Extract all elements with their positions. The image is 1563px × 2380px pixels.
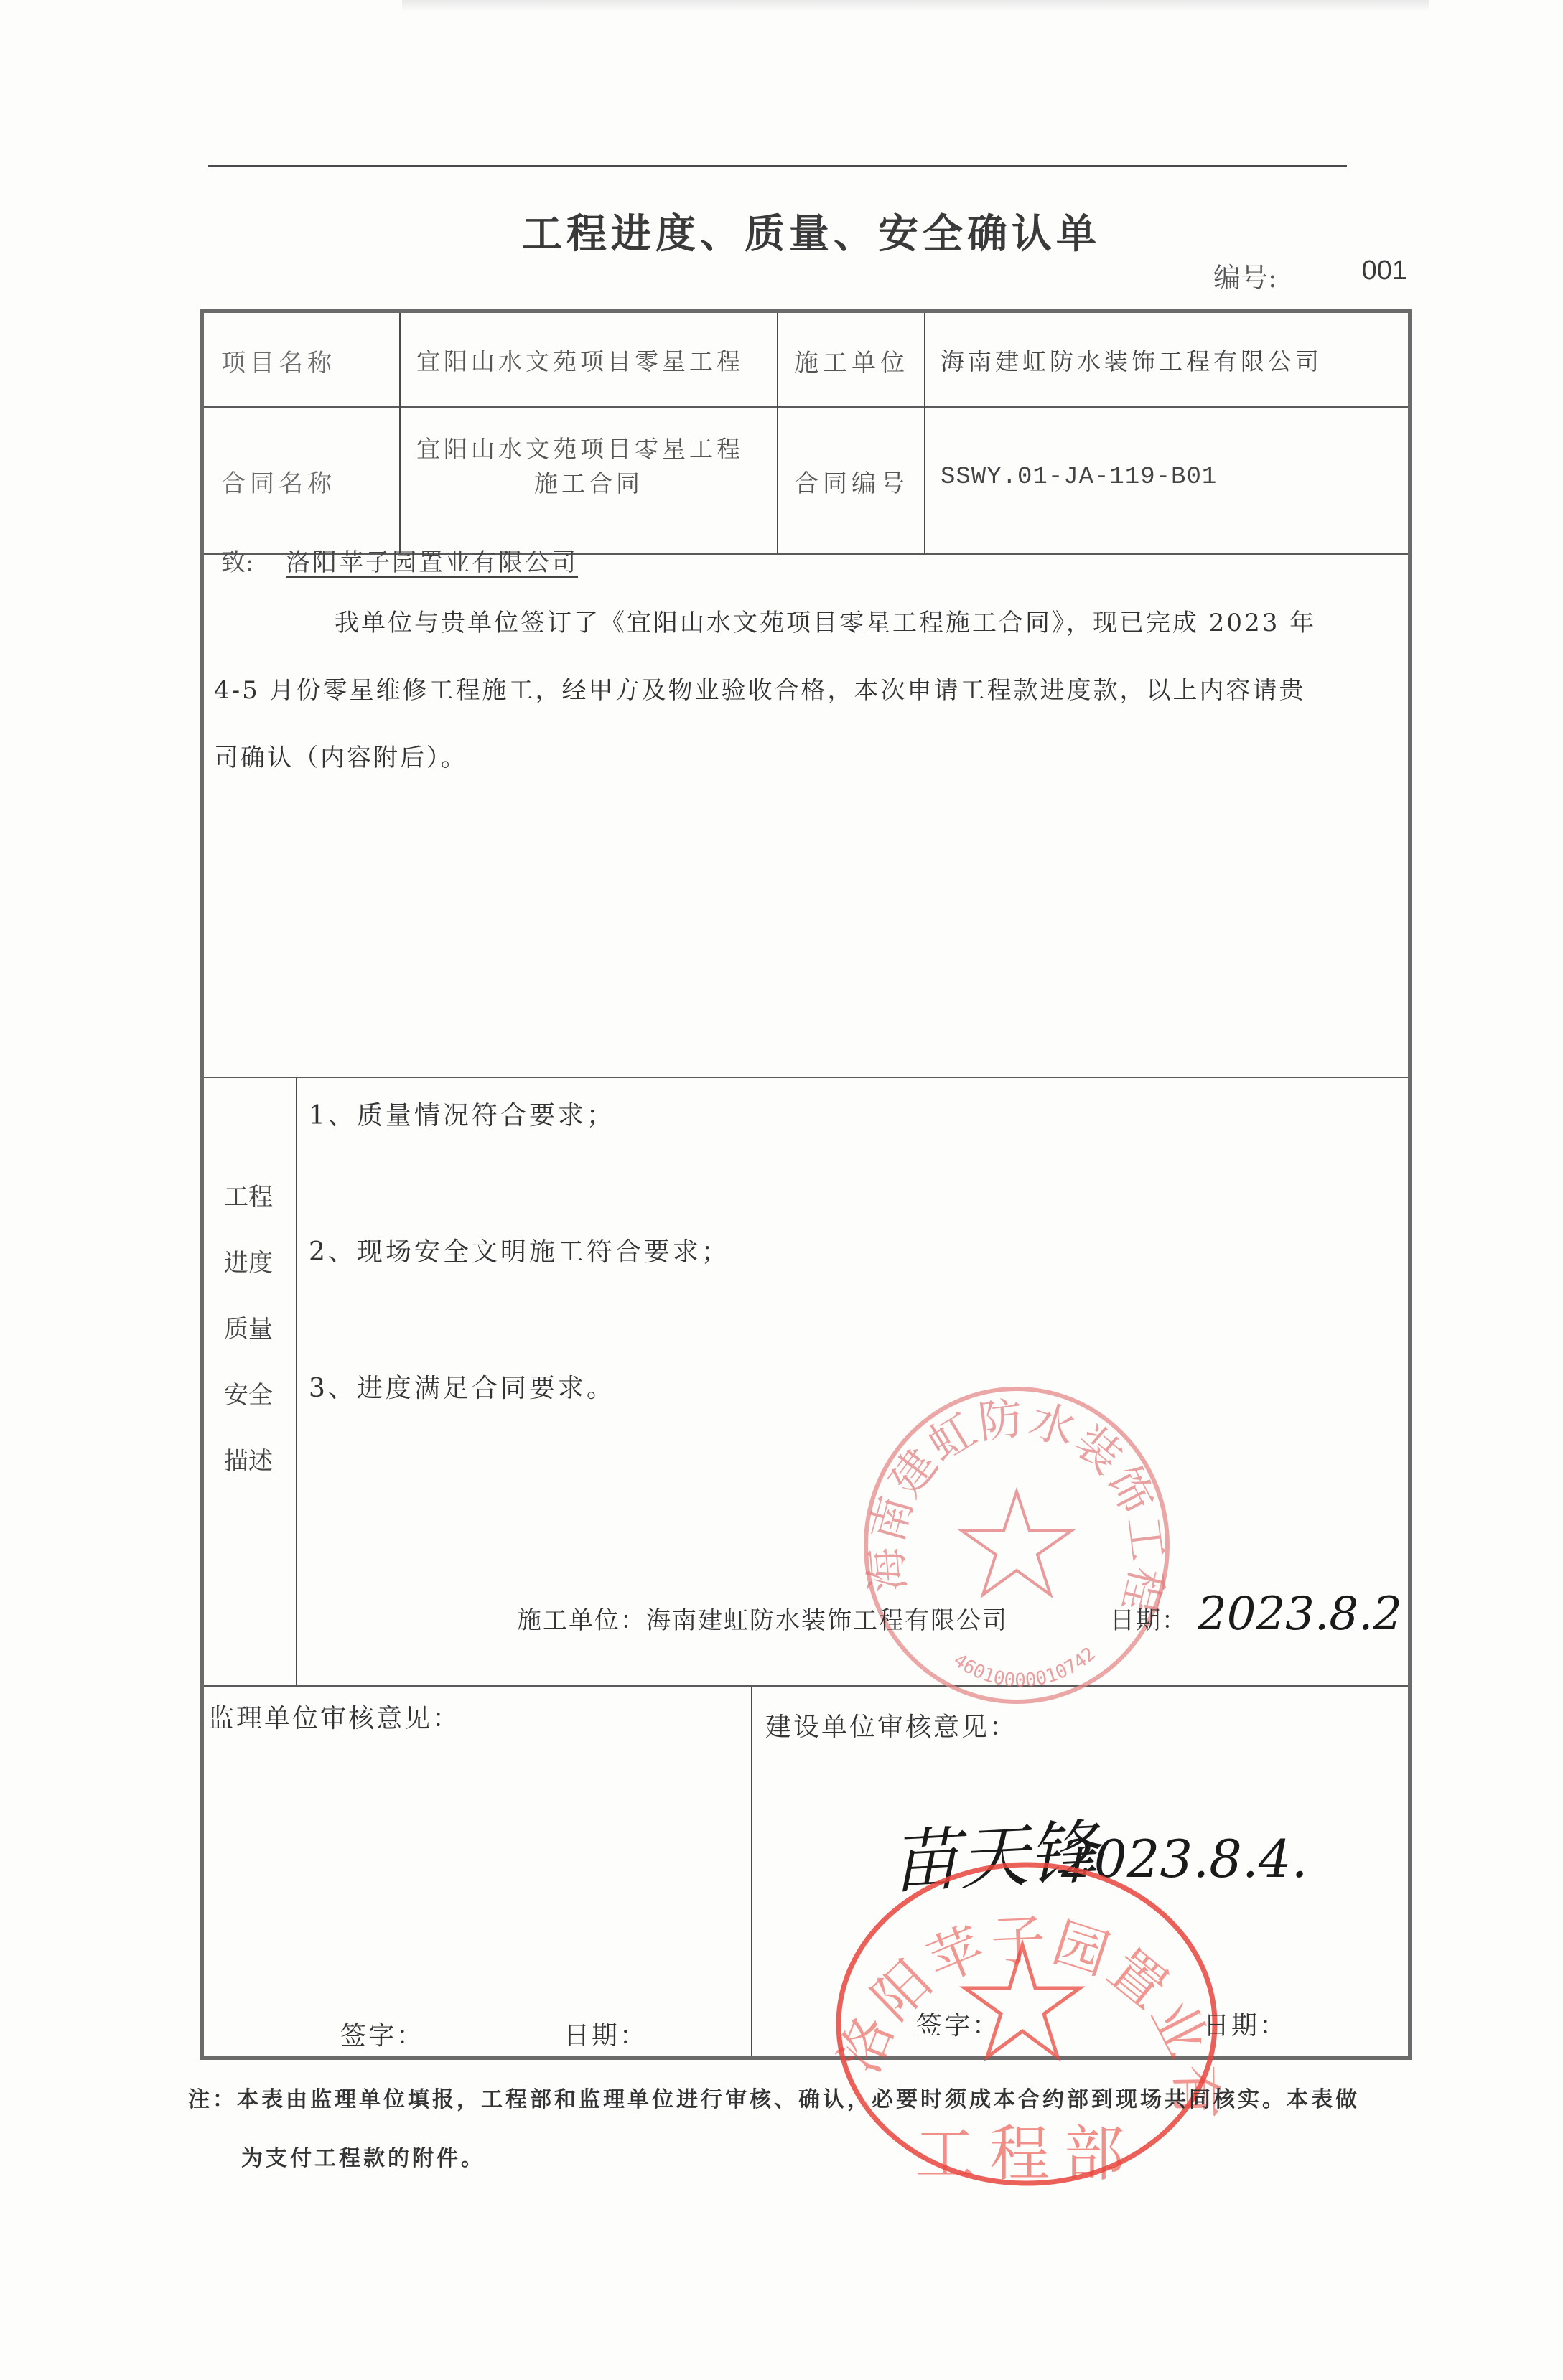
contractor-date-label: 日期：: [1110, 1601, 1188, 1636]
col-divider: [751, 1687, 752, 2056]
value-contract-name-line1: 宜阳山水文苑项目零星工程: [416, 431, 744, 464]
owner-handwritten-date: 2023.8.4.: [1061, 1829, 1308, 1889]
col-divider: [296, 1078, 297, 1687]
supervisor-date-label: 日期：: [564, 2015, 648, 2052]
contractor-signature-line: 施工单位：海南建虹防水装饰工程有限公司: [517, 1601, 1008, 1636]
serial-label: 编号:: [1213, 256, 1277, 295]
letter-body-line-3: 司确认（内容附后）。: [214, 738, 467, 773]
contractor-handwritten-date: 2023.8.2: [1198, 1588, 1402, 1641]
col-divider: [777, 313, 778, 554]
header-rule: [208, 165, 1347, 167]
owner-sign-label: 签字：: [916, 2005, 1000, 2042]
section-divider: [204, 1077, 1408, 1078]
col-divider: [399, 313, 401, 554]
label-contractor: 施工单位: [794, 343, 909, 378]
value-contractor: 海南建虹防水装饰工程有限公司: [941, 343, 1322, 377]
desc-label-5: 描述: [213, 1441, 284, 1476]
page-edge-scrap: [402, 0, 1429, 11]
owner-date-label: 日期：: [1203, 2005, 1287, 2042]
letter-body-line-1: 我单位与贵单位签订了《宜阳山水文苑项目零星工程施工合同》，现已完成 2023 年: [335, 603, 1316, 638]
desc-label-3: 质量: [213, 1309, 284, 1344]
desc-item-quality: 1、质量情况符合要求；: [309, 1095, 615, 1132]
label-project-name: 项目名称: [221, 343, 336, 378]
label-contract-number: 合同编号: [794, 464, 909, 499]
letter-body-line-2: 4-5 月份零星维修工程施工，经甲方及物业验收合格，本次申请工程款进度款，以上内…: [214, 670, 1306, 706]
document-title: 工程进度、质量、安全确认单: [0, 202, 1563, 260]
desc-label-4: 安全: [213, 1375, 284, 1410]
value-contract-number: SSWY.01-JA-119-B01: [941, 464, 1217, 491]
footer-note-line-2: 为支付工程款的附件。: [241, 2140, 485, 2172]
addressee-label: 致:: [221, 543, 253, 578]
svg-text:工程部: 工程部: [915, 2119, 1139, 2189]
serial-value: 001: [1362, 256, 1407, 295]
supervisor-review-label: 监理单位审核意见：: [208, 1698, 460, 1735]
supervisor-sign-label: 签字：: [340, 2015, 424, 2052]
section-divider: [204, 1685, 1408, 1687]
desc-item-safety: 2、现场安全文明施工符合要求；: [309, 1232, 730, 1268]
row-divider: [204, 406, 1408, 408]
value-project-name: 宜阳山水文苑项目零星工程: [416, 343, 744, 377]
desc-label-1: 工程: [213, 1177, 284, 1212]
col-divider: [924, 313, 925, 554]
desc-item-progress: 3、进度满足合同要求。: [309, 1368, 615, 1405]
owner-review-label: 建设单位审核意见：: [765, 1707, 1017, 1743]
serial-number: 编号: 001: [1213, 256, 1407, 295]
footer-note-line-1: 注：本表由监理单位填报，工程部和监理单位进行审核、确认，必要时须成本合约部到现场…: [188, 2081, 1360, 2113]
desc-label-2: 进度: [213, 1243, 284, 1278]
addressee-value: 洛阳苹子园置业有限公司: [286, 543, 578, 578]
